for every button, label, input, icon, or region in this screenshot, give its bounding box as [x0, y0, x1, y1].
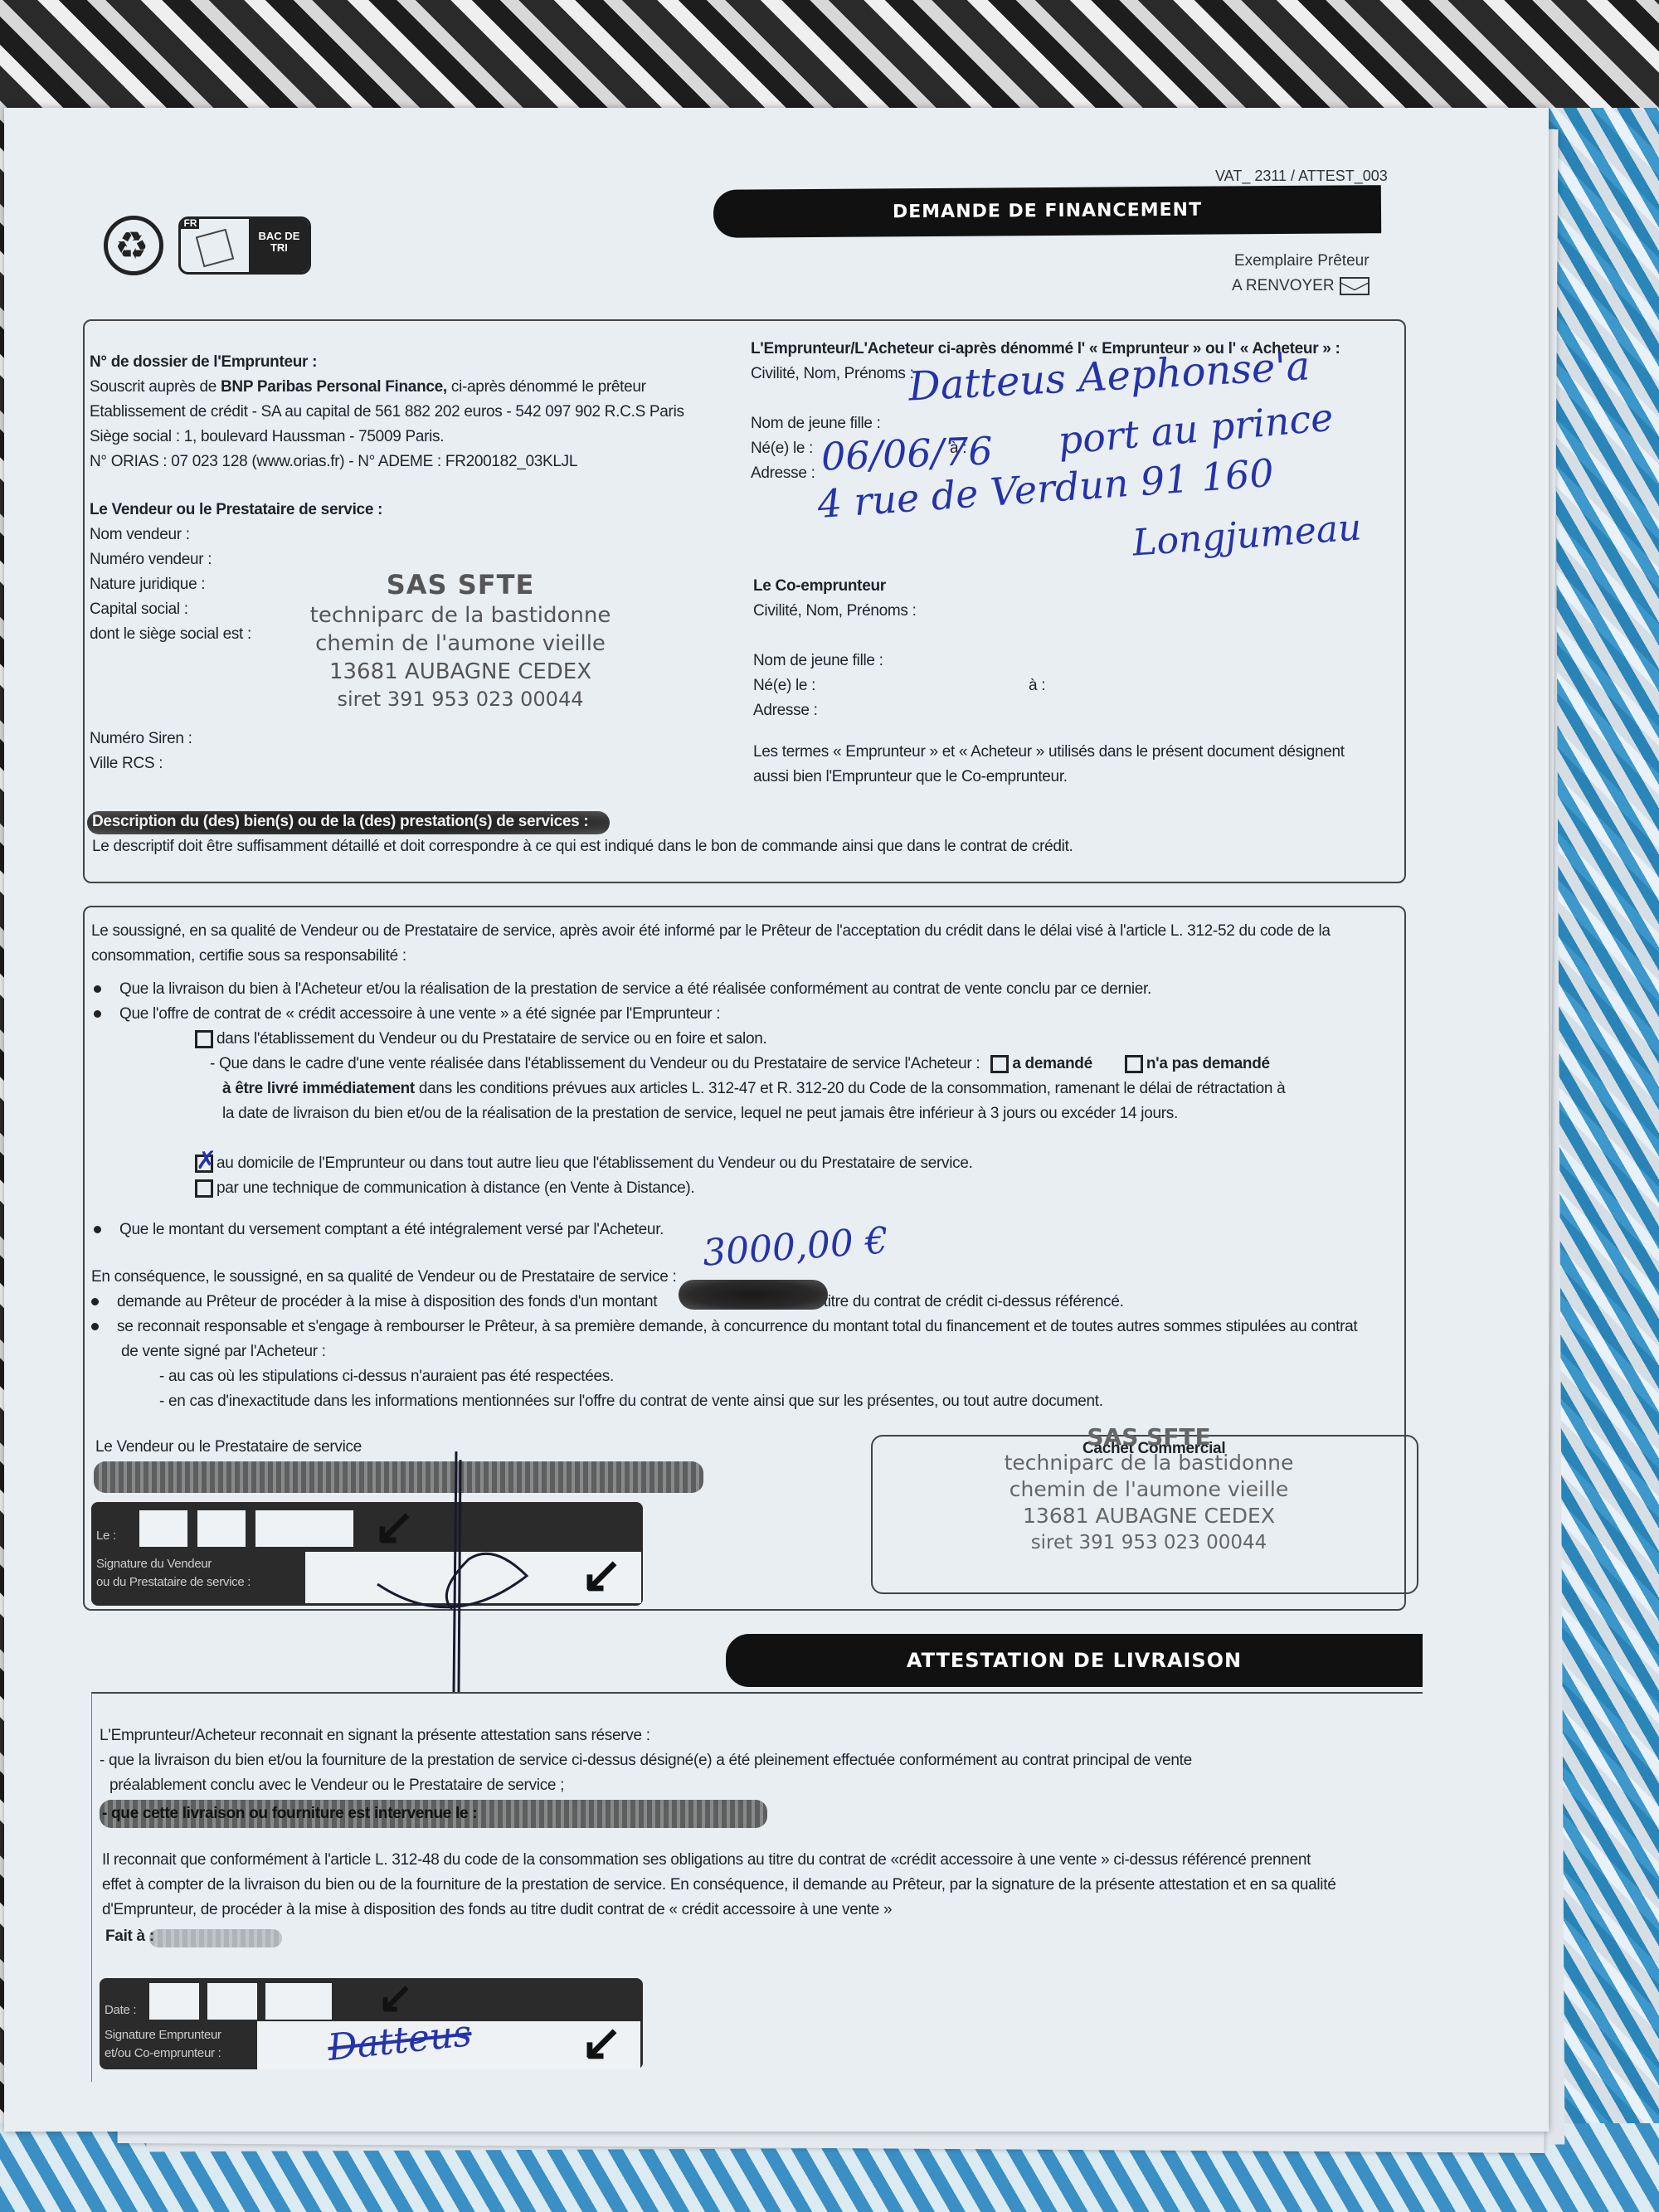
distance-checkbox[interactable]: [195, 1179, 213, 1198]
lender-block: N° de dossier de l'Emprunteur : Souscrit…: [90, 350, 720, 474]
financing-request-form: VAT_ 2311 / ATTEST_003 FR BAC DE TRI DEM…: [4, 108, 1549, 2132]
list-item: Que la livraison du bien à l'Acheteur et…: [94, 977, 1404, 1002]
bullet-icon: [94, 1010, 101, 1018]
description-note: Le descriptif doit être suffisamment dét…: [92, 834, 1073, 859]
vendor-signature-heading: Le Vendeur ou le Prestataire de service: [95, 1435, 362, 1460]
store-checkbox[interactable]: [195, 1030, 213, 1048]
date-label: Date :: [105, 1998, 136, 2023]
list-item: se reconnait responsable et s'engage à r…: [91, 1315, 1402, 1339]
borrower-signature-label: Signature Emprunteur et/ou Co-emprunteur…: [105, 2026, 221, 2063]
recycle-icon: [104, 216, 163, 275]
vendor-field-label: Numéro Siren :: [90, 727, 192, 751]
delivery-date-label: - que cette livraison ou fourniture est …: [102, 1801, 477, 1826]
bullet-icon: [94, 985, 101, 993]
bin-icon: BAC DE TRI: [249, 219, 309, 272]
terms-note: Les termes « Emprunteur » et « Acheteur …: [753, 740, 1408, 765]
attestation-title: ATTESTATION DE LIVRAISON: [726, 1634, 1423, 1687]
copy-label-block: Exemplaire Prêteur A RENVOYER: [1232, 249, 1370, 299]
document-reference: VAT_ 2311 / ATTEST_003: [1215, 168, 1388, 185]
terms-note: aussi bien l'Emprunteur que le Co-emprun…: [753, 765, 1408, 790]
vendor-signature-scribble: [361, 1443, 610, 1709]
home-checkbox[interactable]: [195, 1155, 213, 1173]
co-borrower-heading: Le Co-emprunteur: [753, 574, 1408, 599]
date-day-field[interactable]: [149, 1983, 199, 2020]
co-borrower-maiden-label: Nom de jeune fille :: [753, 649, 1408, 673]
vendor-registration-block: Numéro Siren : Ville RCS :: [90, 727, 192, 776]
lender-line: Souscrit auprès de BNP Paribas Personal …: [90, 375, 720, 400]
attestation-paragraph: Il reconnait que conformément à l'articl…: [102, 1848, 1421, 1923]
date-month-field[interactable]: [197, 1510, 246, 1547]
redacted-place: [149, 1929, 282, 1947]
lender-line: Etablissement de crédit - SA au capital …: [90, 400, 720, 425]
attestation-body: L'Emprunteur/Acheteur reconnait en signa…: [100, 1723, 1418, 1798]
document-title: DEMANDE DE FINANCEMENT: [713, 185, 1381, 238]
date-month-field[interactable]: [207, 1983, 257, 2020]
lender-line: N° ORIAS : 07 023 128 (www.orias.fr) - N…: [90, 450, 720, 474]
paper-sheet-icon: [196, 229, 235, 268]
arrow-down-left-icon: ↙: [581, 2018, 622, 2068]
vendor-field-label: Ville RCS :: [90, 751, 192, 776]
vendor-signature-label: Signature du Vendeur ou du Prestataire d…: [96, 1555, 251, 1592]
triman-recycling-icon: FR BAC DE TRI: [178, 216, 311, 275]
certification-bullets: Que la livraison du bien à l'Acheteur et…: [94, 977, 1404, 1242]
certification-intro: Le soussigné, en sa qualité de Vendeur o…: [91, 919, 1402, 969]
description-heading: Description du (des) bien(s) ou de la (d…: [92, 809, 588, 834]
co-borrower-address-label: Adresse :: [753, 698, 1408, 723]
bullet-icon: [91, 1298, 99, 1305]
immediate-delivery-row: - Que dans le cadre d'une vente réalisée…: [94, 1052, 1404, 1077]
arrow-down-left-icon: ↙: [377, 1973, 414, 2023]
co-borrower-block: Le Co-emprunteur Civilité, Nom, Prénoms …: [753, 574, 1408, 790]
co-borrower-name-label: Civilité, Nom, Prénoms :: [753, 599, 1408, 624]
co-borrower-birth-label: Né(e) le :: [753, 673, 1408, 698]
lender-line: Siège social : 1, boulevard Haussman - 7…: [90, 425, 720, 450]
not-asked-checkbox[interactable]: [1125, 1055, 1143, 1073]
file-number-label: N° de dossier de l'Emprunteur :: [90, 350, 720, 375]
co-borrower-birthplace-label: à :: [1029, 673, 1045, 698]
vendor-company-stamp: SAS SFTE techniparc de la bastidonne che…: [286, 568, 635, 712]
option-store-row: dans l'établissement du Vendeur ou du Pr…: [94, 1027, 1404, 1052]
copy-label: Exemplaire Prêteur: [1232, 249, 1370, 274]
bullet-icon: [91, 1323, 99, 1330]
place-label: Fait à :: [105, 1924, 154, 1949]
return-label: A RENVOYER: [1232, 277, 1335, 294]
date-day-field[interactable]: [139, 1510, 187, 1547]
list-item: Que l'offre de contrat de « crédit acces…: [94, 1002, 1404, 1027]
date-label: Le :: [96, 1524, 116, 1548]
asked-checkbox[interactable]: [990, 1055, 1009, 1073]
vendor-heading: Le Vendeur ou le Prestataire de service …: [90, 498, 720, 523]
redacted-amount: [679, 1280, 828, 1310]
logo-group: FR BAC DE TRI: [104, 216, 311, 282]
envelope-icon: [1340, 277, 1370, 295]
vendor-field-label: Nom vendeur :: [90, 523, 720, 547]
date-year-field[interactable]: [255, 1510, 353, 1547]
commercial-stamp: SAS SFTE techniparc de la bastidonne che…: [941, 1425, 1356, 1556]
date-year-field[interactable]: [265, 1983, 332, 2020]
option-distance-row: par une technique de communication à dis…: [94, 1176, 1404, 1201]
bullet-icon: [94, 1226, 101, 1233]
option-home-row: au domicile de l'Emprunteur ou dans tout…: [94, 1151, 1404, 1176]
